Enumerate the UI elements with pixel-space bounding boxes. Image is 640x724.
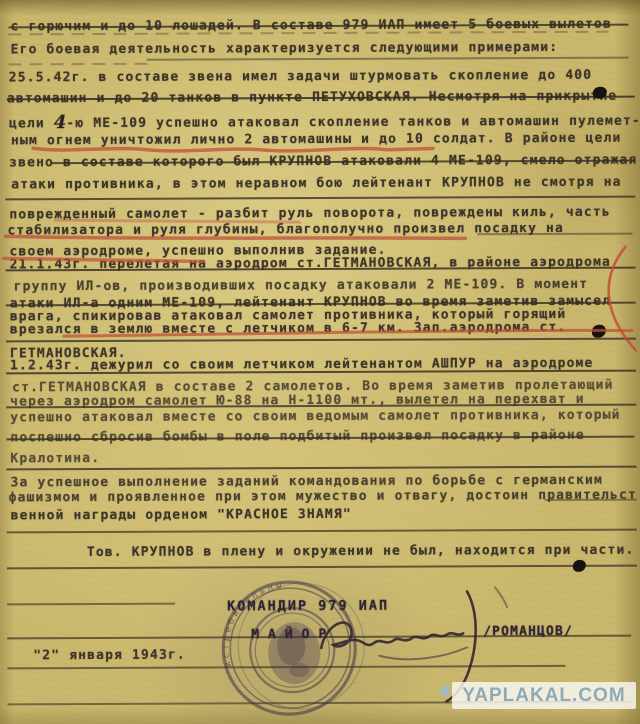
watermark-arrow-icon (438, 684, 449, 698)
watermark-badge: YAPLAKAL.COM (452, 682, 636, 709)
signature (0, 0, 640, 723)
watermark-label: YAPLAKAL.COM (462, 685, 625, 707)
document-content: истребительный с горючим и до 10 лошадей… (0, 0, 640, 724)
document-photo: истребительный с горючим и до 10 лошадей… (0, 0, 640, 724)
